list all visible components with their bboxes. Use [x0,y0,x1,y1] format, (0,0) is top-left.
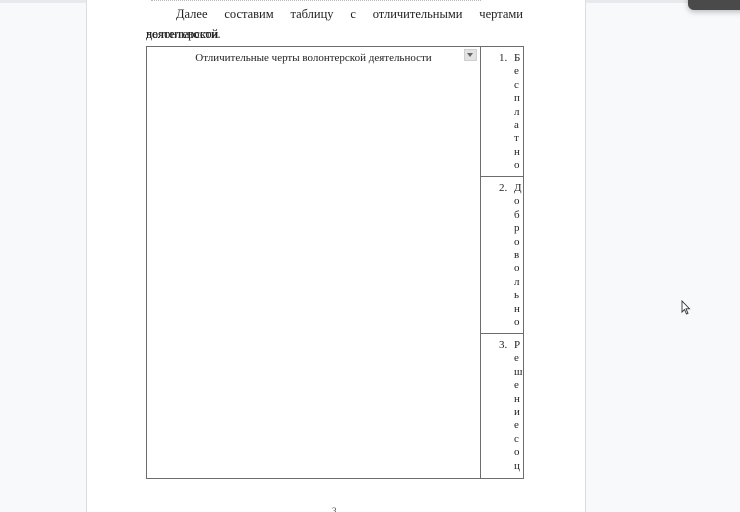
item-text: Бесплатно [514,52,523,173]
page-top-border [151,0,481,3]
list-item[interactable]: 2. Добровольно [481,177,524,334]
page-number: 3 [332,506,337,512]
features-table: Отличительные черты волонтерской деятель… [146,46,524,479]
mouse-cursor-icon [681,300,691,315]
item-number: 3. [499,339,507,352]
item-number: 2. [499,182,507,195]
item-number: 1. [499,52,507,65]
dropdown-arrow-icon[interactable] [464,49,477,61]
item-text: Решениесоц [514,339,523,473]
table-header-cell[interactable]: Отличительные черты волонтерской деятель… [147,47,481,479]
list-item[interactable]: 1. Бесплатно [481,47,524,177]
list-item[interactable]: 3. Решениесоц [481,334,524,479]
table-header: Отличительные черты волонтерской деятель… [195,52,431,64]
paragraph-line-2: деятельности. [146,24,523,44]
item-text: Добровольно [514,182,523,329]
notification-toast[interactable] [688,0,740,10]
